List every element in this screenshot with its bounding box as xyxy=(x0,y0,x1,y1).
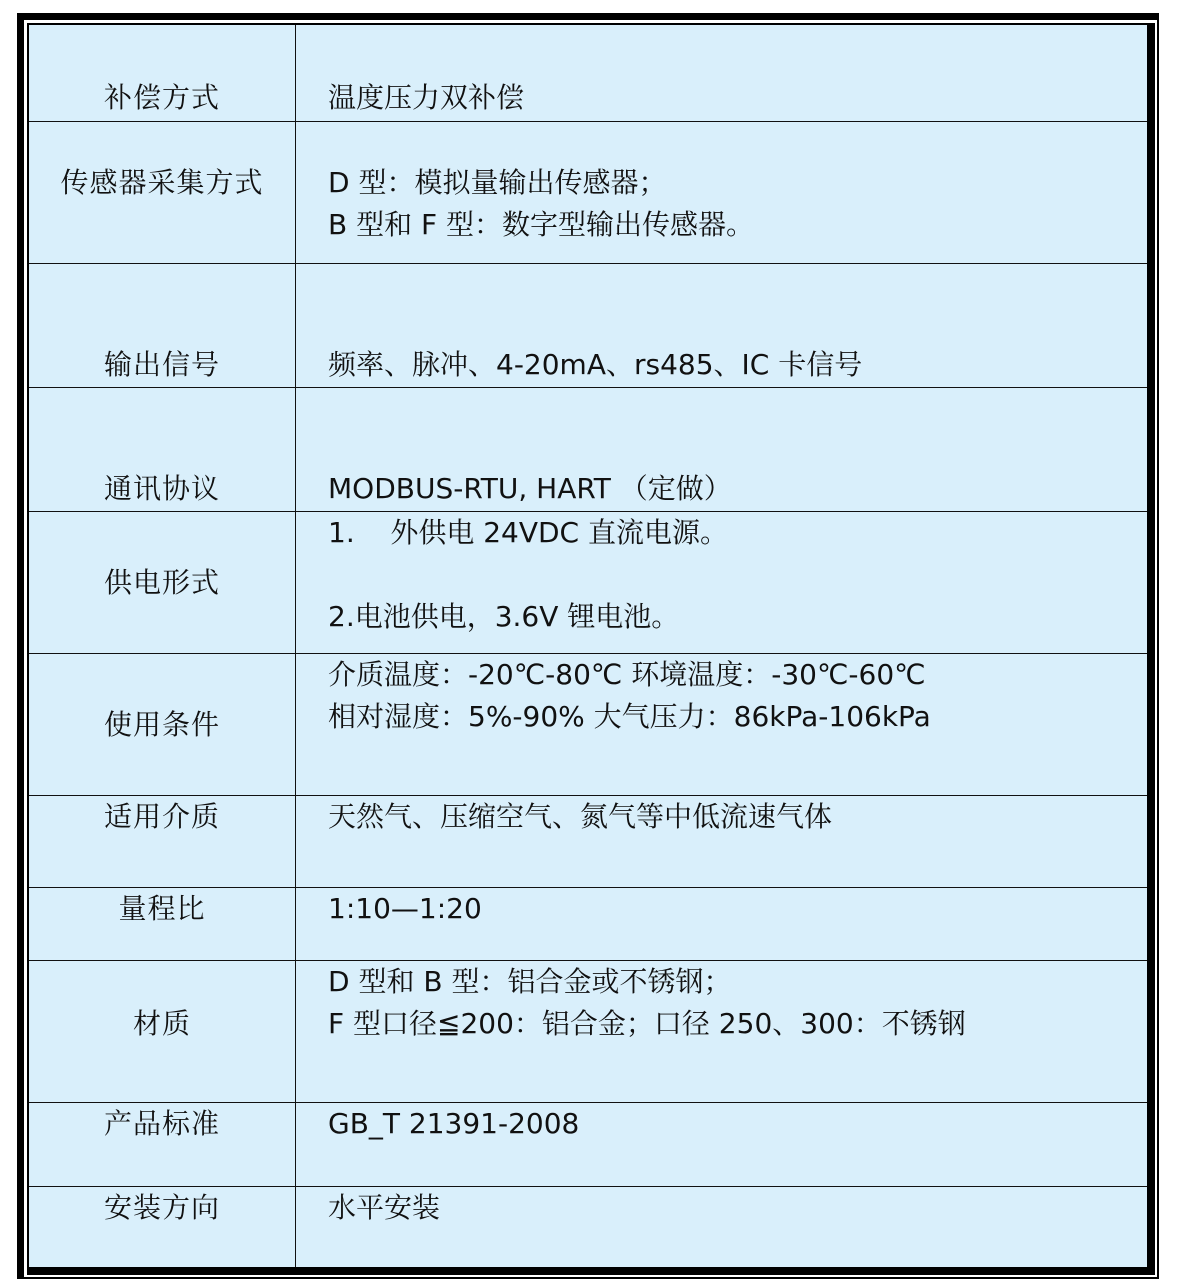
row-value: 介质温度：-20℃-80℃ 环境温度：-30℃-60℃ 相对湿度：5%-90% … xyxy=(296,653,1148,795)
row-value: 水平安装 xyxy=(296,1186,1148,1267)
row-label: 使用条件 xyxy=(29,653,296,795)
row-label: 适用介质 xyxy=(29,795,296,887)
table-row: 量程比 1:10—1:20 xyxy=(29,887,1147,960)
row-label: 补偿方式 xyxy=(29,25,296,121)
table-row: 补偿方式 温度压力双补偿 xyxy=(29,25,1147,121)
row-value: 频率、脉冲、4-20mA、rs485、IC 卡信号 xyxy=(296,263,1148,387)
value-text-line: D 型：模拟量输出传感器； xyxy=(328,162,1147,204)
row-label: 材质 xyxy=(29,960,296,1102)
value-text: 1:10—1:20 xyxy=(328,888,1147,930)
label-text: 输出信号 xyxy=(29,344,295,386)
label-text: 通讯协议 xyxy=(29,468,295,510)
label-text: 材质 xyxy=(29,1003,295,1045)
value-text-line: 介质温度：-20℃-80℃ 环境温度：-30℃-60℃ xyxy=(328,654,1147,696)
table-row: 供电形式 1. 外供电 24VDC 直流电源。 2.电池供电，3.6V 锂电池。 xyxy=(29,511,1147,653)
table-row: 适用介质 天然气、压缩空气、氮气等中低流速气体 xyxy=(29,795,1147,887)
table-row: 传感器采集方式 D 型：模拟量输出传感器； B 型和 F 型：数字型输出传感器。 xyxy=(29,121,1147,263)
value-text: GB_T 21391-2008 xyxy=(328,1103,1147,1145)
row-label: 产品标准 xyxy=(29,1102,296,1186)
value-text-line: 2.电池供电，3.6V 锂电池。 xyxy=(328,596,1147,638)
label-text: 供电形式 xyxy=(29,562,295,604)
value-text-line: 相对湿度：5%-90% 大气压力：86kPa-106kPa xyxy=(328,696,1147,738)
value-text: 温度压力双补偿 xyxy=(328,77,1147,119)
row-label: 传感器采集方式 xyxy=(29,121,296,263)
value-text: MODBUS-RTU, HART （定做） xyxy=(328,468,1147,510)
row-label: 供电形式 xyxy=(29,511,296,653)
table-row: 材质 D 型和 B 型：铝合金或不锈钢； F 型口径≦200：铝合金；口径 25… xyxy=(29,960,1147,1102)
row-value: D 型：模拟量输出传感器； B 型和 F 型：数字型输出传感器。 xyxy=(296,121,1148,263)
row-value: 天然气、压缩空气、氮气等中低流速气体 xyxy=(296,795,1148,887)
label-text: 传感器采集方式 xyxy=(29,162,295,204)
table-frame-inner: 补偿方式 温度压力双补偿 传感器采集方式 D 型：模拟量输出传感器； B 型和 … xyxy=(27,23,1155,1275)
table-row: 输出信号 频率、脉冲、4-20mA、rs485、IC 卡信号 xyxy=(29,263,1147,387)
value-text-line: 1. 外供电 24VDC 直流电源。 xyxy=(328,512,1147,554)
label-text: 补偿方式 xyxy=(29,77,295,119)
row-label: 输出信号 xyxy=(29,263,296,387)
value-text-line: B 型和 F 型：数字型输出传感器。 xyxy=(328,204,1147,246)
row-label: 量程比 xyxy=(29,887,296,960)
value-text-line: F 型口径≦200：铝合金；口径 250、300：不锈钢 xyxy=(328,1003,1147,1045)
label-text: 量程比 xyxy=(29,888,295,930)
value-text: 水平安装 xyxy=(328,1187,1147,1229)
table-row: 产品标准 GB_T 21391-2008 xyxy=(29,1102,1147,1186)
label-text: 产品标准 xyxy=(29,1103,295,1145)
row-value: D 型和 B 型：铝合金或不锈钢； F 型口径≦200：铝合金；口径 250、3… xyxy=(296,960,1148,1102)
row-value: 1:10—1:20 xyxy=(296,887,1148,960)
label-text: 使用条件 xyxy=(29,704,295,746)
row-label: 安装方向 xyxy=(29,1186,296,1267)
row-value: GB_T 21391-2008 xyxy=(296,1102,1148,1186)
row-value: 温度压力双补偿 xyxy=(296,25,1148,121)
row-value: 1. 外供电 24VDC 直流电源。 2.电池供电，3.6V 锂电池。 xyxy=(296,511,1148,653)
table-row: 通讯协议 MODBUS-RTU, HART （定做） xyxy=(29,387,1147,511)
table-frame-outer: 补偿方式 温度压力双补偿 传感器采集方式 D 型：模拟量输出传感器； B 型和 … xyxy=(17,13,1159,1279)
table-row: 使用条件 介质温度：-20℃-80℃ 环境温度：-30℃-60℃ 相对湿度：5%… xyxy=(29,653,1147,795)
row-label: 通讯协议 xyxy=(29,387,296,511)
spec-table: 补偿方式 温度压力双补偿 传感器采集方式 D 型：模拟量输出传感器； B 型和 … xyxy=(29,25,1147,1267)
value-text-line: D 型和 B 型：铝合金或不锈钢； xyxy=(328,961,1147,1003)
value-text: 天然气、压缩空气、氮气等中低流速气体 xyxy=(328,796,1147,838)
label-text: 安装方向 xyxy=(29,1187,295,1229)
row-value: MODBUS-RTU, HART （定做） xyxy=(296,387,1148,511)
table-row: 安装方向 水平安装 xyxy=(29,1186,1147,1267)
value-text: 频率、脉冲、4-20mA、rs485、IC 卡信号 xyxy=(328,344,1147,386)
label-text: 适用介质 xyxy=(29,796,295,838)
